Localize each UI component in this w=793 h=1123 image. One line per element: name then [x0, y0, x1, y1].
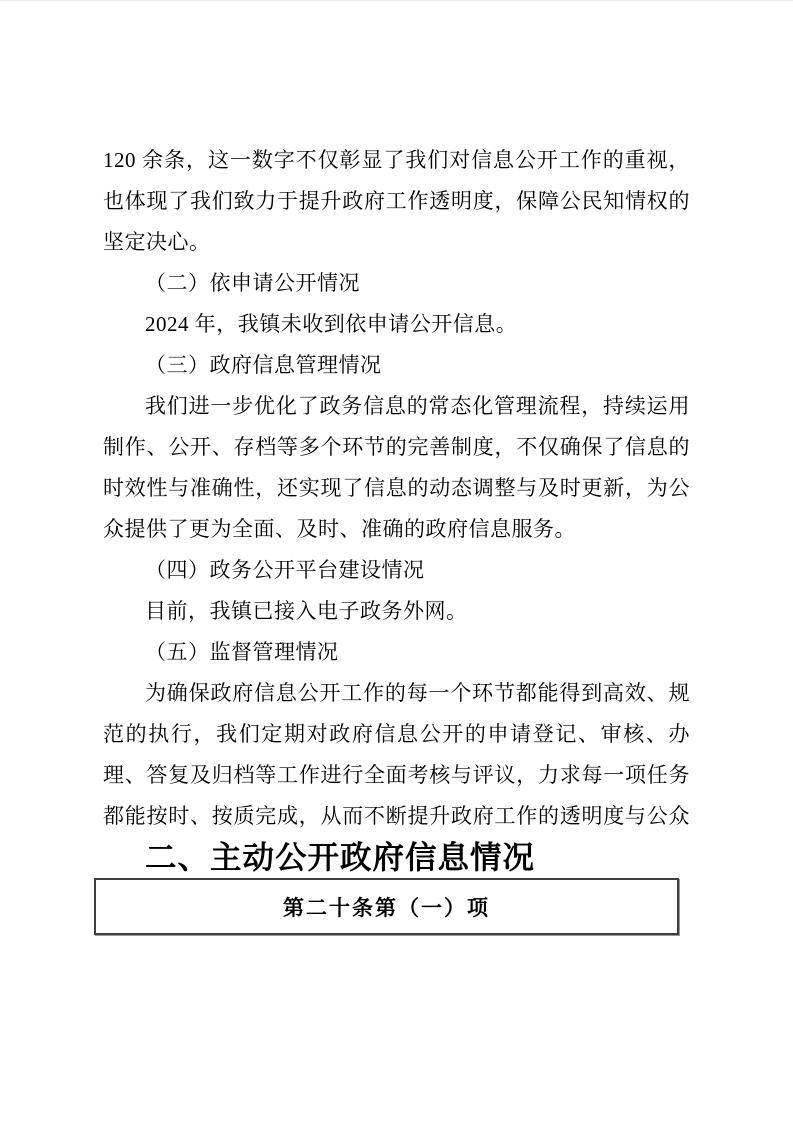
subheading-supervision-management: （五）监督管理情况	[103, 632, 690, 673]
paragraph-supervision-management: 为确保政府信息公开工作的每一个环节都能得到高效、规范的执行，我们定期对政府信息公…	[103, 673, 690, 837]
paragraph-information-management: 我们进一步优化了政务信息的常态化管理流程，持续运用制作、公开、存档等多个环节的完…	[103, 386, 690, 550]
section-heading-proactive-disclosure: 二、主动公开政府信息情况	[103, 837, 690, 878]
document-page: 120 余条，这一数字不仅彰显了我们对信息公开工作的重视，也体现了我们致力于提升…	[0, 0, 793, 1123]
paragraph-platform-construction: 目前，我镇已接入电子政务外网。	[103, 591, 690, 632]
subheading-platform-construction: （四）政务公开平台建设情况	[103, 550, 690, 591]
subheading-information-management: （三）政府信息管理情况	[103, 345, 690, 386]
paragraph-on-request-disclosure: 2024 年，我镇未收到依申请公开信息。	[103, 304, 690, 345]
subheading-on-request-disclosure: （二）依申请公开情况	[103, 263, 690, 304]
page-body-text: 120 余条，这一数字不仅彰显了我们对信息公开工作的重视，也体现了我们致力于提升…	[103, 140, 690, 935]
article-twenty-box: 第二十条第（一）项	[94, 878, 679, 935]
boxed-heading-article-twenty-item-one: 第二十条第（一）项	[283, 892, 490, 922]
paragraph-continuation-disclosure-count: 120 余条，这一数字不仅彰显了我们对信息公开工作的重视，也体现了我们致力于提升…	[103, 140, 690, 263]
